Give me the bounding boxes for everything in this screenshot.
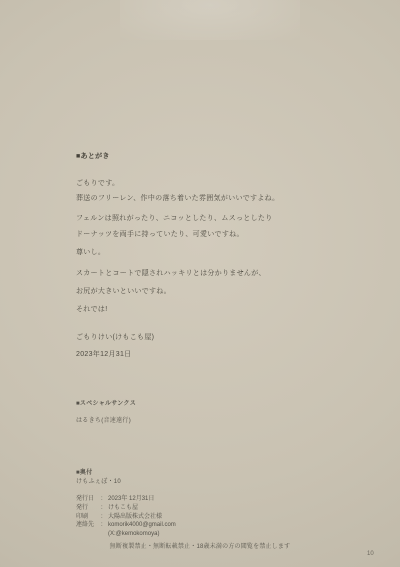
colophon-label: 印刷 bbox=[76, 513, 101, 521]
special-thanks-name: はるきち(音速遠行) bbox=[76, 417, 131, 426]
colophon-label: 発行日 bbox=[76, 495, 101, 503]
signature-date: 2023年12月31日 bbox=[76, 350, 131, 359]
doujinshi-afterword-page: ■あとがき ごもりです。 葬送のフリーレン、作中の落ち着いた雰囲気がいいですよね… bbox=[0, 0, 400, 567]
afterword-line: 尊いし。 bbox=[76, 248, 105, 257]
colophon-row-publisher: 発行:けもこも屋 bbox=[76, 504, 138, 512]
colophon-separator: : bbox=[101, 504, 108, 512]
colophon-x-account: (X:@kemokomoya) bbox=[108, 530, 159, 538]
colophon-value: 大陽出版株式会社様 bbox=[108, 513, 162, 521]
colophon-value: けもこも屋 bbox=[108, 504, 138, 512]
afterword-section-header: ■あとがき bbox=[76, 152, 110, 161]
colophon-row-contact: 連絡先:komorik4000@gmail.com bbox=[76, 521, 176, 529]
colophon-separator: : bbox=[101, 513, 108, 521]
colophon-header: ■奥付 bbox=[76, 469, 93, 478]
afterword-line: フェルンは照れがったり、ニコッとしたり、ムスっとしたり bbox=[76, 214, 273, 223]
afterword-line: ドーナッツを両手に持っていたり、可愛いですね。 bbox=[76, 230, 244, 239]
colophon-value: 2023年 12月31日 bbox=[108, 495, 154, 503]
afterword-line: ごもりです。 bbox=[76, 179, 119, 188]
signature-author: ごもりけい(けもこも屋) bbox=[76, 333, 154, 342]
page-number: 10 bbox=[367, 551, 374, 557]
colophon-book-title: けもふぇぽ・10 bbox=[76, 478, 121, 487]
colophon-label: 発行 bbox=[76, 504, 101, 512]
afterword-line: スカートとコートで隠されハッキリとは分かりませんが、 bbox=[76, 269, 266, 278]
colophon-row-publish-date: 発行日:2023年 12月31日 bbox=[76, 495, 154, 503]
colophon-row-x-account: (X:@kemokomoya) bbox=[108, 530, 159, 538]
colophon-separator: : bbox=[101, 495, 108, 503]
colophon-row-printer: 印刷:大陽出版株式会社様 bbox=[76, 513, 162, 521]
afterword-line: 葬送のフリーレン、作中の落ち着いた雰囲気がいいですよね。 bbox=[76, 194, 279, 203]
afterword-line: それでは! bbox=[76, 305, 107, 314]
special-thanks-header: ■スペシャルサンクス bbox=[76, 400, 136, 409]
colophon-value-email: komorik4000@gmail.com bbox=[108, 521, 176, 529]
copyright-notice: 無断複製禁止・無断転載禁止・18歳未満の方の閲覧を禁止します bbox=[0, 541, 400, 550]
afterword-line: お尻が大きいといいですね。 bbox=[76, 287, 171, 296]
colophon-label: 連絡先 bbox=[76, 521, 101, 529]
colophon-separator: : bbox=[101, 521, 108, 529]
